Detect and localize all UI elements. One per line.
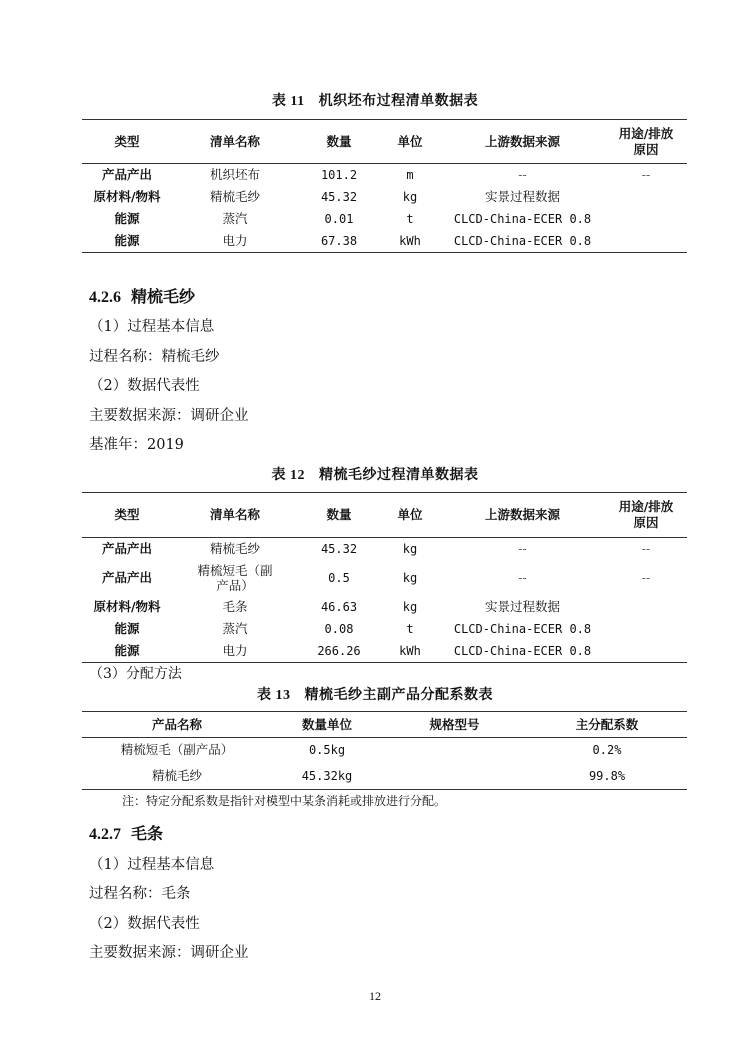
header-unit: 单位 <box>380 120 440 164</box>
header-source: 上游数据来源 <box>440 120 605 164</box>
cell-product-name: 精梳短毛（副产品） <box>82 738 272 763</box>
cell-reason: -- <box>605 538 687 561</box>
section-number: 4.2.7 <box>89 826 121 843</box>
cell-qty-unit: 45.32kg <box>272 763 382 790</box>
table-row: 能源 蒸汽 0.08 t CLCD-China-ECER 0.8 <box>82 618 687 640</box>
table-13-number: 表 13 <box>257 688 291 703</box>
header-spec: 规格型号 <box>382 712 527 738</box>
cell-qty-unit: 0.5kg <box>272 738 382 763</box>
cell-source: CLCD-China-ECER 0.8 <box>440 640 605 663</box>
header-type: 类型 <box>82 120 172 164</box>
table-row: 产品产出 机织坯布 101.2 m -- -- <box>82 164 687 187</box>
cell-unit: kWh <box>380 640 440 663</box>
section-title: 毛条 <box>131 824 163 843</box>
cell-type: 能源 <box>82 230 172 253</box>
cell-type: 产品产出 <box>82 164 172 187</box>
table-12-title: 精梳毛纱过程清单数据表 <box>319 467 479 483</box>
table-row: 产品产出 精梳短毛（副产品） 0.5 kg -- -- <box>82 560 687 596</box>
cell-qty: 67.38 <box>298 230 380 253</box>
cell-name: 精梳毛纱 <box>172 186 298 208</box>
table-13-title: 精梳毛纱主副产品分配系数表 <box>305 687 494 703</box>
table-13-note: 注：特定分配系数是指针对模型中某条消耗或排放进行分配。 <box>122 792 446 809</box>
table-row: 原材料/物料 精梳毛纱 45.32 kg 实景过程数据 <box>82 186 687 208</box>
cell-unit: m <box>380 164 440 187</box>
cell-qty: 45.32 <box>298 186 380 208</box>
cell-reason <box>605 596 687 618</box>
table-11-caption: 表 11机织坯布过程清单数据表 <box>0 90 750 110</box>
table-header-row: 类型 清单名称 数量 单位 上游数据来源 用途/排放原因 <box>82 120 687 164</box>
cell-name: 机织坯布 <box>172 164 298 187</box>
header-name: 清单名称 <box>172 120 298 164</box>
cell-reason <box>605 186 687 208</box>
cell-qty: 0.5 <box>298 560 380 596</box>
cell-qty: 46.63 <box>298 596 380 618</box>
cell-qty: 101.2 <box>298 164 380 187</box>
paragraph-process-name: 过程名称：精梳毛纱 <box>89 345 220 366</box>
paragraph-process-info: （1）过程基本信息 <box>89 315 214 336</box>
header-unit: 单位 <box>380 493 440 538</box>
cell-reason <box>605 230 687 253</box>
cell-name: 毛条 <box>172 596 298 618</box>
table-row: 能源 电力 266.26 kWh CLCD-China-ECER 0.8 <box>82 640 687 663</box>
cell-reason <box>605 640 687 663</box>
cell-source: -- <box>440 538 605 561</box>
cell-name: 电力 <box>172 640 298 663</box>
table-11-title: 机织坯布过程清单数据表 <box>319 93 479 109</box>
table-row: 能源 蒸汽 0.01 t CLCD-China-ECER 0.8 <box>82 208 687 230</box>
section-number: 4.2.6 <box>89 289 121 306</box>
cell-source: -- <box>440 164 605 187</box>
header-qty: 数量 <box>298 120 380 164</box>
table-11-number: 表 11 <box>272 94 305 109</box>
header-reason: 用途/排放原因 <box>605 120 687 164</box>
cell-spec <box>382 763 527 790</box>
cell-spec <box>382 738 527 763</box>
cell-unit: kg <box>380 186 440 208</box>
cell-source: -- <box>440 560 605 596</box>
cell-reason: -- <box>605 164 687 187</box>
cell-unit: kg <box>380 596 440 618</box>
cell-reason <box>605 208 687 230</box>
header-name: 清单名称 <box>172 493 298 538</box>
header-qty: 数量 <box>298 493 380 538</box>
cell-name: 精梳毛纱 <box>172 538 298 561</box>
paragraph-data-source: 主要数据来源：调研企业 <box>89 941 249 962</box>
table-13-caption: 表 13精梳毛纱主副产品分配系数表 <box>0 684 750 704</box>
cell-name: 电力 <box>172 230 298 253</box>
table-row: 原材料/物料 毛条 46.63 kg 实景过程数据 <box>82 596 687 618</box>
cell-qty: 45.32 <box>298 538 380 561</box>
table-13: 产品名称 数量单位 规格型号 主分配系数 精梳短毛（副产品） 0.5kg 0.2… <box>82 711 687 790</box>
cell-qty: 0.08 <box>298 618 380 640</box>
cell-source: CLCD-China-ECER 0.8 <box>440 208 605 230</box>
cell-unit: t <box>380 208 440 230</box>
table-11: 类型 清单名称 数量 单位 上游数据来源 用途/排放原因 产品产出 机织坯布 1… <box>82 119 687 253</box>
cell-qty: 266.26 <box>298 640 380 663</box>
cell-source: 实景过程数据 <box>440 186 605 208</box>
paragraph-data-representativeness: （2）数据代表性 <box>89 912 200 933</box>
header-coef: 主分配系数 <box>527 712 687 738</box>
cell-source: CLCD-China-ECER 0.8 <box>440 618 605 640</box>
cell-name: 蒸汽 <box>172 618 298 640</box>
cell-unit: kg <box>380 560 440 596</box>
paragraph-allocation-method: （3）分配方法 <box>89 663 182 683</box>
cell-coef: 99.8% <box>527 763 687 790</box>
table-row: 能源 电力 67.38 kWh CLCD-China-ECER 0.8 <box>82 230 687 253</box>
cell-name: 精梳短毛（副产品） <box>172 560 298 596</box>
cell-type: 能源 <box>82 618 172 640</box>
paragraph-process-name: 过程名称：毛条 <box>89 882 191 903</box>
header-type: 类型 <box>82 493 172 538</box>
page-number: 12 <box>0 989 750 1004</box>
cell-unit: kg <box>380 538 440 561</box>
table-12-caption: 表 12精梳毛纱过程清单数据表 <box>0 464 750 484</box>
cell-type: 原材料/物料 <box>82 596 172 618</box>
cell-unit: kWh <box>380 230 440 253</box>
header-product-name: 产品名称 <box>82 712 272 738</box>
section-title: 精梳毛纱 <box>131 287 195 306</box>
section-4-2-7-heading: 4.2.7毛条 <box>89 821 163 844</box>
cell-unit: t <box>380 618 440 640</box>
cell-product-name: 精梳毛纱 <box>82 763 272 790</box>
cell-source: CLCD-China-ECER 0.8 <box>440 230 605 253</box>
paragraph-process-info: （1）过程基本信息 <box>89 853 214 874</box>
cell-coef: 0.2% <box>527 738 687 763</box>
cell-reason <box>605 618 687 640</box>
paragraph-data-representativeness: （2）数据代表性 <box>89 374 200 395</box>
cell-type: 原材料/物料 <box>82 186 172 208</box>
cell-type: 能源 <box>82 208 172 230</box>
table-row: 精梳毛纱 45.32kg 99.8% <box>82 763 687 790</box>
header-reason: 用途/排放原因 <box>605 493 687 538</box>
table-12-number: 表 12 <box>272 468 306 483</box>
table-12: 类型 清单名称 数量 单位 上游数据来源 用途/排放原因 产品产出 精梳毛纱 4… <box>82 492 687 663</box>
table-header-row: 类型 清单名称 数量 单位 上游数据来源 用途/排放原因 <box>82 493 687 538</box>
table-row: 精梳短毛（副产品） 0.5kg 0.2% <box>82 738 687 763</box>
paragraph-data-source: 主要数据来源：调研企业 <box>89 404 249 425</box>
section-4-2-6-heading: 4.2.6精梳毛纱 <box>89 284 195 307</box>
cell-type: 能源 <box>82 640 172 663</box>
cell-type: 产品产出 <box>82 560 172 596</box>
cell-reason: -- <box>605 560 687 596</box>
table-header-row: 产品名称 数量单位 规格型号 主分配系数 <box>82 712 687 738</box>
table-row: 产品产出 精梳毛纱 45.32 kg -- -- <box>82 538 687 561</box>
cell-name: 蒸汽 <box>172 208 298 230</box>
cell-type: 产品产出 <box>82 538 172 561</box>
paragraph-base-year: 基准年：2019 <box>89 433 184 454</box>
cell-qty: 0.01 <box>298 208 380 230</box>
header-source: 上游数据来源 <box>440 493 605 538</box>
cell-source: 实景过程数据 <box>440 596 605 618</box>
header-qty-unit: 数量单位 <box>272 712 382 738</box>
